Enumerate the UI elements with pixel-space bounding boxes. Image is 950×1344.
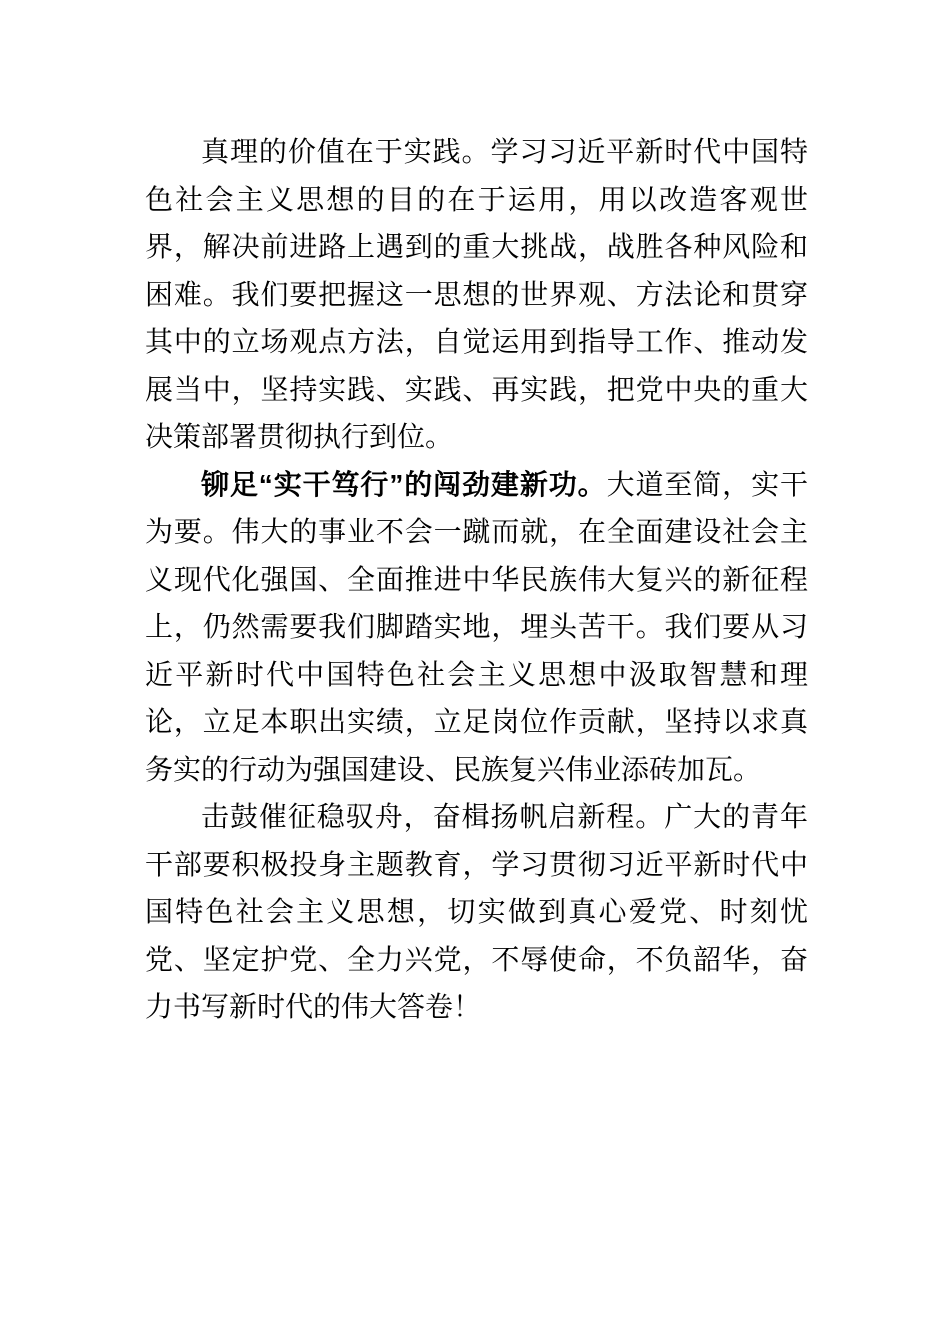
- paragraph-1-text: 真理的价值在于实践。学习习近平新时代中国特色社会主义思想的目的在于运用，用以改造…: [145, 136, 808, 452]
- paragraph-3-text: 击鼓催征稳驭舟，奋楫扬帆启新程。广大的青年干部要积极投身主题教育，学习贯彻习近平…: [145, 801, 808, 1022]
- paragraph-1: 真理的价值在于实践。学习习近平新时代中国特色社会主义思想的目的在于运用，用以改造…: [145, 128, 808, 461]
- document-page: 真理的价值在于实践。学习习近平新时代中国特色社会主义思想的目的在于运用，用以改造…: [0, 0, 950, 1344]
- paragraph-2-lead-bold: 铆足“实干笃行”的闯劲建新功。: [201, 469, 607, 500]
- paragraph-3: 击鼓催征稳驭舟，奋楫扬帆启新程。广大的青年干部要积极投身主题教育，学习贯彻习近平…: [145, 793, 808, 1031]
- document-text-block: 真理的价值在于实践。学习习近平新时代中国特色社会主义思想的目的在于运用，用以改造…: [145, 128, 808, 1031]
- paragraph-2-text: 大道至简，实干为要。伟大的事业不会一蹴而就，在全面建设社会主义现代化强国、全面推…: [145, 469, 808, 785]
- paragraph-2: 铆足“实干笃行”的闯劲建新功。大道至简，实干为要。伟大的事业不会一蹴而就，在全面…: [145, 461, 808, 794]
